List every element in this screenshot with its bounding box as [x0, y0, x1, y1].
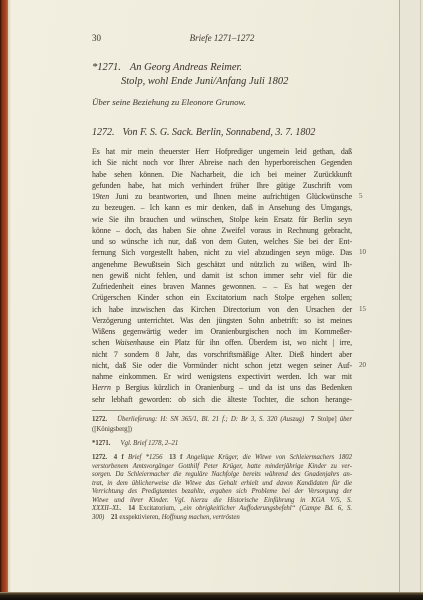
apparatus-line: Verrichtung des Predigtamtes bezahlte, e… [92, 488, 352, 496]
apparatus-line: 1272. Überlieferung: H: SN 365/1, Bl. 21… [92, 415, 352, 425]
text-segment [110, 440, 120, 447]
text-line: könne – doch, das haben Sie ohne Zweifel… [92, 225, 352, 236]
text-segment: errn [98, 383, 111, 392]
letter-1272-heading: 1272.Von F. S. G. Sack. Berlin, Sonnaben… [92, 127, 360, 138]
page-edge-line [399, 0, 400, 592]
text-line: Verzögerung unterrichtet. Was den jüngst… [92, 315, 352, 326]
text-line: habe sehen können. Die Nacharbeit, die i… [92, 169, 352, 180]
apparatus-block-note-1272: 1272. 4 f Brief *1256 13 f Angelique Krü… [92, 454, 352, 522]
text-line: und so wünsche ich nur, daß von dem Gute… [92, 236, 352, 247]
apparatus: 1272. Überlieferung: H: SN 365/1, Bl. 21… [92, 415, 352, 527]
text-segment: 1272. [92, 416, 107, 423]
apparatus-block-ueberlieferung: 1272. Überlieferung: H: SN 365/1, Bl. 21… [92, 415, 352, 435]
text-segment: ([Königsberg]) [92, 426, 132, 433]
text-segment: Angelique Krüger, die Witwe von Schleier… [182, 454, 352, 461]
text-segment: verstorbenem Amtsvorgänger Gotthilf Pete… [92, 463, 352, 470]
apparatus-rule [92, 410, 354, 411]
text-segment: Stolpe] [314, 416, 340, 423]
letter-1271-title: An Georg Andreas Reimer. [130, 62, 242, 73]
apparatus-line: sorgen. Da Schleiermacher die reguläre N… [92, 471, 352, 479]
text-line: nahme einkommen. Er wird wenigstens expe… [92, 371, 352, 382]
text-segment: „ein obrigkeitlicher Auffoderungsbefehl“… [180, 505, 352, 512]
text-segment [107, 454, 114, 461]
text-segment: p Bergius kürzlich in Oranienburg – und … [111, 383, 352, 392]
text-line: fernung Sich vorgestellt haben, nicht zu… [92, 247, 352, 258]
apparatus-line: ([Königsberg]) [92, 425, 352, 435]
margin-line-number: 10 [359, 247, 375, 258]
text-line: schen Waisenhause ein Platz für ihn offe… [92, 337, 352, 348]
text-segment [107, 416, 117, 423]
text-segment: Überlieferung: H: SN 365/1, Bl. 21 f.; D… [117, 416, 304, 423]
apparatus-line: trat, in dem üblicherweise die Witwe das… [92, 480, 352, 488]
apparatus-line: *1271. Vgl. Brief 1278, 2–21 [92, 440, 352, 448]
apparatus-line: 1272. 4 f Brief *1256 13 f Angelique Krü… [92, 454, 352, 462]
text-segment: über [340, 416, 352, 423]
text-line: 19ten Juni zu beantworten, und Ihnen mei… [92, 191, 352, 202]
text-line: ich Sie nicht noch vor Ihrer Abreise nac… [92, 157, 352, 168]
book-spine [0, 0, 8, 600]
text-segment: Witwe und ihrer Kinder. Vgl. hierzu die … [92, 497, 352, 504]
letter-1271-regest: Über seine Beziehung zu Eleonore Grunow. [92, 97, 352, 107]
letter-1271-dateline: Stolp, wohl Ende Juni/Anfang Juli 1802 [121, 75, 352, 89]
text-segment: 4 f [114, 454, 124, 461]
text-segment [104, 514, 111, 521]
text-segment: Waisen [115, 338, 137, 347]
apparatus-line: Witwe und ihrer Kinder. Vgl. hierzu die … [92, 497, 352, 505]
text-line: nicht, daß Sie oder die Vormünder nicht … [92, 360, 352, 371]
text-segment: 19 [92, 192, 100, 201]
text-segment: sorgen. Da Schleiermacher die reguläre N… [92, 471, 352, 478]
text-line: Wißens gegenwärtig weder im Oranienburgi… [92, 326, 352, 337]
text-line: ich habe inzwischen das Kirchen Director… [92, 304, 352, 315]
text-line: Crügerschen Kinder schon ein Excitatoriu… [92, 292, 352, 303]
text-segment: trat, in dem üblicherweise die Witwe das… [92, 480, 352, 487]
text-line: sehr lebhaft geworden: ob sich die ältes… [92, 394, 352, 405]
text-segment: schen [92, 338, 115, 347]
letter-body: Es hat mir mein theuerster Herr Hofpredi… [92, 146, 352, 405]
text-line: zu bezeugen. – Ich kann es mir denken, d… [92, 202, 352, 213]
text-line: nen gewiß nicht fehlen, und damit ist sc… [92, 270, 352, 281]
letter-1271-number: *1271. [92, 62, 121, 73]
text-segment: hause ein Platz für ihn offen. Überdem i… [137, 338, 352, 347]
text-segment: Excitatorium, [135, 505, 180, 512]
text-line: Zufriedenheit eines braven Mannes gewonn… [92, 281, 352, 292]
text-line: Herrn p Bergius kürzlich in Oranienburg … [92, 382, 352, 393]
apparatus-block-note-1271: *1271. Vgl. Brief 1278, 2–21 [92, 440, 352, 448]
text-segment: *1271. [92, 440, 110, 447]
text-segment [304, 416, 311, 423]
letter-1271-heading: *1271.An Georg Andreas Reimer. Stolp, wo… [92, 61, 352, 89]
book-bottom-edge [0, 592, 423, 600]
text-line: angenehme Bewußtsein Sich geschätzt und … [92, 259, 352, 270]
page-number: 30 [92, 33, 101, 44]
book-spine-highlight [8, 0, 11, 600]
text-line: wie Sie ihn brauchen und wünschen, Stolp… [92, 214, 352, 225]
margin-line-number: 20 [359, 360, 375, 371]
letter-1271-heading-line1: *1271.An Georg Andreas Reimer. [92, 61, 352, 75]
text-segment: Verrichtung des Predigtamtes bezahlte, e… [92, 488, 352, 495]
text-segment: Hoffnung machen, vertrösten [162, 514, 240, 521]
text-segment: XXXII–XL. [92, 505, 122, 512]
running-head: Briefe 1271–1272 [92, 33, 352, 44]
text-segment: 1272. [92, 454, 107, 461]
text-segment: 13 f [169, 454, 182, 461]
apparatus-line: 300) 21 exspektivieren, Hoffnung machen,… [92, 514, 352, 522]
text-segment: Juni zu beantworten, und Ihnen meine auf… [109, 192, 352, 201]
text-segment: exspektivieren, [118, 514, 162, 521]
text-segment: 300) [92, 514, 104, 521]
text-line: Es hat mir mein theuerster Herr Hofpredi… [92, 146, 352, 157]
text-line: nicht 7 sondern 8 Jahr, das vorschriftsm… [92, 349, 352, 360]
text-segment: 21 [111, 514, 118, 521]
text-segment: ten [100, 192, 109, 201]
margin-line-number: 5 [359, 191, 375, 202]
letter-1272-title: Von F. S. G. Sack. Berlin, Sonnabend, 3.… [123, 127, 316, 138]
page-header: 30 Briefe 1271–1272 [92, 33, 352, 44]
text-segment: 14 [128, 505, 135, 512]
margin-line-number: 15 [359, 304, 375, 315]
text-segment: Brief *1256 [124, 454, 163, 461]
book-page-scan: { "header": { "page_number": "30", "runn… [0, 0, 423, 600]
text-segment: Vgl. Brief 1278, 2–21 [121, 440, 179, 447]
letter-1272-number: 1272. [92, 127, 115, 138]
page-outer-edge-line [420, 0, 421, 592]
apparatus-line: XXXII–XL. 14 Excitatorium, „ein obrigkei… [92, 505, 352, 513]
text-line: gefunden habe, hat mich verhindert frühe… [92, 180, 352, 191]
